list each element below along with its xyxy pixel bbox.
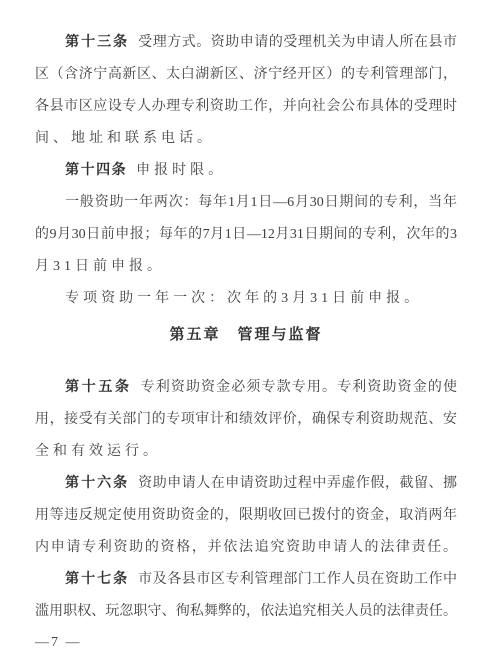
paragraph: 第十六条资助申请人在申请资助过程中弄虚作假，截留、挪用等违反规定使用资助资金的，…	[35, 468, 457, 564]
text-line: 第十六条资助申请人在申请资助过程中弄虚作假，截留、挪	[35, 468, 457, 500]
text-line: 全和有效运行。	[35, 436, 457, 468]
text-line: 区（含济宁高新区、太白湖新区、济宁经开区）的专利管理部门，	[35, 59, 457, 91]
text-line: 第十五条专利资助资金必须专款专用。专利资助资金的使	[35, 372, 457, 404]
document-page: 第十三条受理方式。资助申请的受理机关为申请人所在县市区（含济宁高新区、太白湖新区…	[0, 0, 491, 664]
page-number: —7 —	[35, 633, 457, 653]
paragraph: 专项资助一年一次：次年的3月31日前申报。	[35, 283, 457, 315]
chapter-heading: 第五章 管理与监督	[35, 319, 457, 351]
paragraph: 第十五条专利资助资金必须专款专用。专利资助资金的使用，接受有关部门的专项审计和绩…	[35, 372, 457, 468]
article-number: 第十五条	[65, 380, 131, 395]
text-line: 各县市区应设专人办理专利资助工作，并向社会公布具体的受理时	[35, 91, 457, 123]
article-number: 第十四条	[65, 163, 127, 178]
text-line: 用，接受有关部门的专项审计和绩效评价，确保专利资助规范、安	[35, 404, 457, 436]
text-line: 第十七条市及各县市区专利管理部门工作人员在资助工作中	[35, 564, 457, 596]
document-body: 第十三条受理方式。资助申请的受理机关为申请人所在县市区（含济宁高新区、太白湖新区…	[35, 27, 457, 628]
paragraph: 第十三条受理方式。资助申请的受理机关为申请人所在县市区（含济宁高新区、太白湖新区…	[35, 27, 457, 155]
paragraph: 第十四条申报时限。	[35, 155, 457, 187]
text-line: 内申请专利资助的资格，并依法追究资助申请人的法律责任。	[35, 532, 457, 564]
article-number: 第十六条	[65, 476, 129, 491]
text-line: 滥用职权、玩忽职守、徇私舞弊的，依法追究相关人员的法律责任。	[35, 596, 457, 628]
text-line: 专项资助一年一次：次年的3月31日前申报。	[35, 283, 457, 315]
text-line: 第十三条受理方式。资助申请的受理机关为申请人所在县市	[35, 27, 457, 59]
text-line: 第十四条申报时限。	[35, 155, 457, 187]
text-line: 用等违反规定使用资助资金的，限期收回已拨付的资金，取消两年	[35, 500, 457, 532]
paragraph: 一般资助一年两次：每年1月1日—6月30日期间的专利，当年的9月30日前申报；每…	[35, 187, 457, 283]
text-line: 间、地址和联系电话。	[35, 123, 457, 155]
article-number: 第十七条	[65, 572, 129, 587]
text-line: 月31日前申报。	[35, 251, 457, 283]
text-line: 的9月30日前申报；每年的7月1日—12月31日期间的专利，次年的3	[35, 219, 457, 251]
article-number: 第十三条	[65, 35, 129, 50]
text-line: 一般资助一年两次：每年1月1日—6月30日期间的专利，当年	[35, 187, 457, 219]
paragraph: 第十七条市及各县市区专利管理部门工作人员在资助工作中滥用职权、玩忽职守、徇私舞弊…	[35, 564, 457, 628]
